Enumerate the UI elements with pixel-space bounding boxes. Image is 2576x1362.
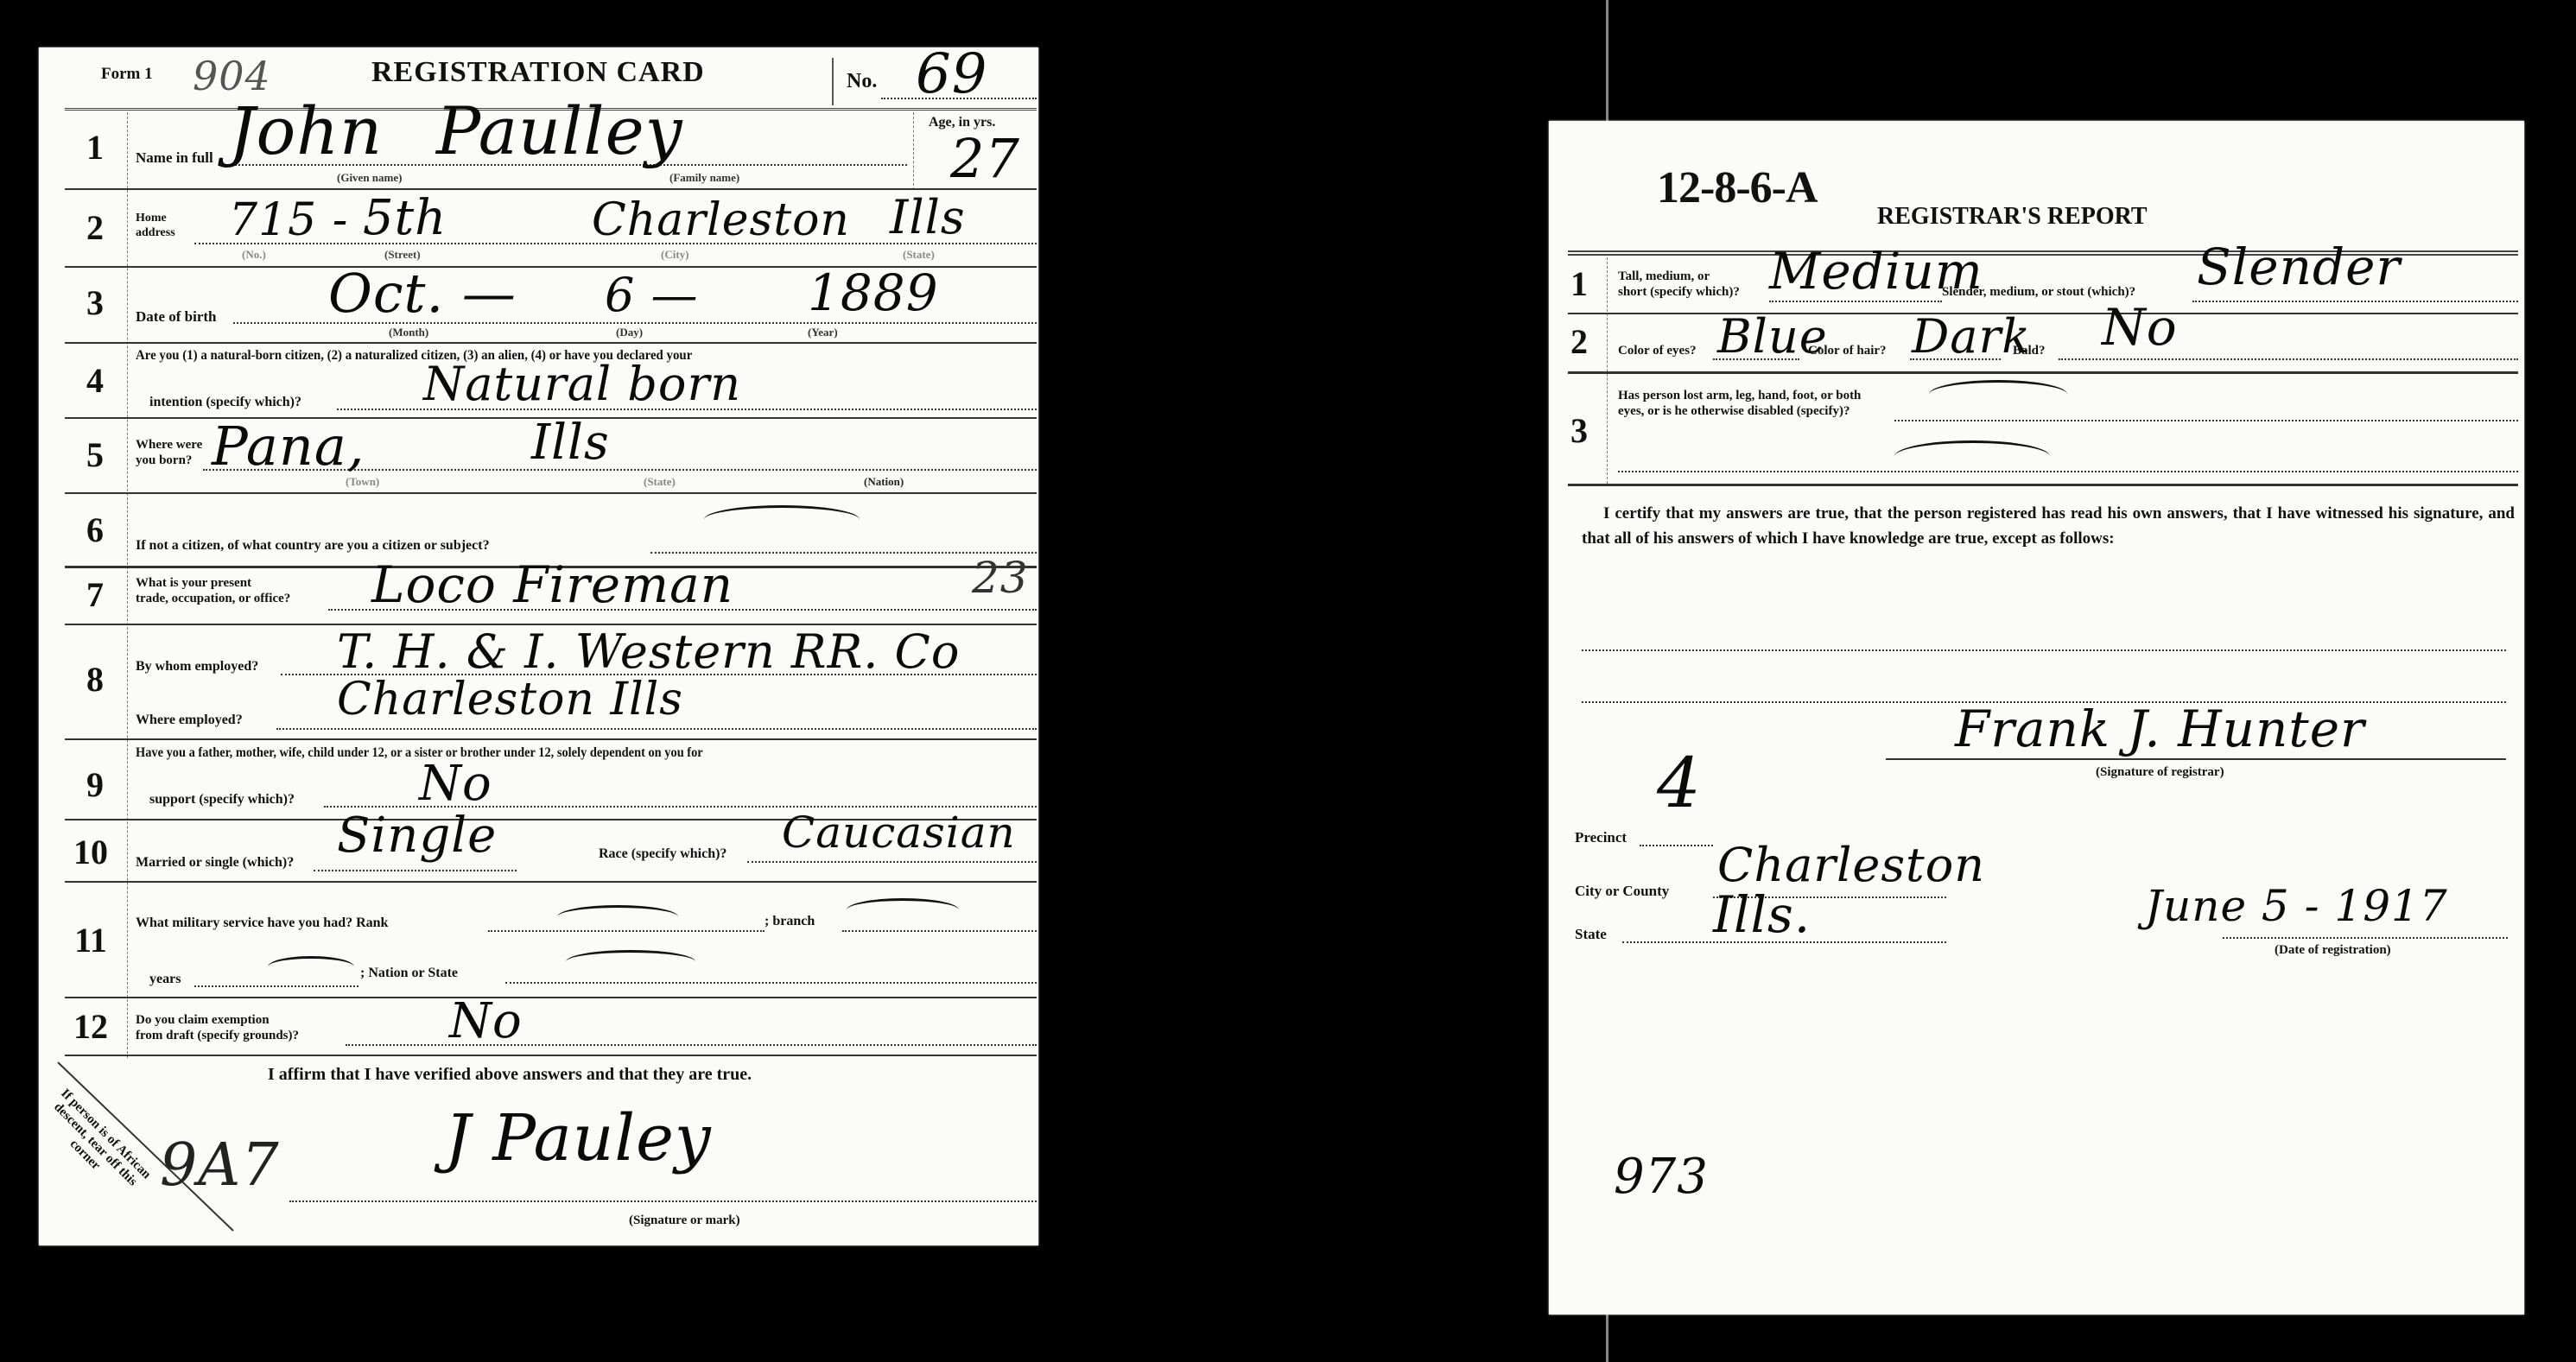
bald-label: Bald? [2013, 344, 2046, 358]
home-label-2: address [136, 226, 175, 240]
report-title: REGISTRAR'S REPORT [1877, 203, 2148, 231]
occupation-label-2: trade, occupation, or office? [136, 592, 290, 606]
age-value[interactable]: 27 [950, 127, 1020, 190]
no-label: No. [847, 70, 877, 93]
state-caption: (State) [644, 475, 676, 489]
row-number-6: 6 [69, 510, 121, 550]
military-branch-label: ; branch [765, 914, 815, 929]
foreign-citizen-label: If not a citizen, of what country are yo… [136, 538, 490, 554]
row-number-5: 5 [69, 434, 121, 475]
report-code: 12-8-6-A [1657, 162, 1818, 213]
height-label-1: Tall, medium, or [1618, 269, 1710, 284]
birthplace-label-2: you born? [136, 453, 192, 468]
row-number-8: 8 [69, 659, 121, 700]
city-value[interactable]: Charleston [592, 194, 850, 246]
military-years-label: years [149, 972, 181, 987]
blank-mark-rank [557, 905, 678, 928]
state-label: State [1575, 926, 1607, 943]
bald-value[interactable]: No [2102, 298, 2178, 357]
disability-label-1: Has person lost arm, leg, hand, foot, or… [1618, 389, 1861, 403]
no-divider [832, 58, 834, 105]
number-column-divider [127, 112, 128, 1058]
registrars-report-card: 12-8-6-A REGISTRAR'S REPORT 1 Tall, medi… [1549, 121, 2524, 1314]
birth-month-value[interactable]: Oct. — [328, 262, 517, 325]
street-caption: (Street) [384, 248, 421, 262]
house-number-value[interactable]: 715 - [229, 194, 348, 246]
bottom-number: 973 [1614, 1149, 1709, 1205]
card-number: 69 [916, 42, 987, 106]
no-caption: (No.) [242, 248, 266, 262]
year-caption: (Year) [808, 326, 838, 339]
nation-caption: (Nation) [864, 475, 904, 489]
registration-card: Form 1 904 REGISTRATION CARD No. 69 1 Na… [39, 48, 1038, 1245]
precinct-value[interactable]: 4 [1657, 743, 1702, 823]
street-value[interactable]: 5th [363, 190, 447, 246]
blank-mark-nation [566, 950, 695, 973]
birthplace-label-1: Where were [136, 438, 202, 453]
family-name-caption: (Family name) [669, 171, 739, 185]
employment-place-label: Where employed? [136, 713, 243, 728]
blank-mark-years [268, 956, 354, 978]
report-row-number-2: 2 [1553, 321, 1605, 362]
signature-caption: (Signature or mark) [629, 1213, 740, 1228]
registration-date-caption: (Date of registration) [2275, 943, 2391, 958]
card-title: REGISTRATION CARD [371, 56, 705, 89]
precinct-label: Precinct [1575, 829, 1627, 846]
given-name-caption: (Given name) [337, 171, 402, 185]
registrar-caption: (Signature of registrar) [2096, 765, 2224, 780]
blank-mark-branch [847, 898, 959, 922]
marital-value[interactable]: Single [337, 808, 497, 864]
row-number-10: 10 [65, 832, 117, 872]
row-number-2: 2 [69, 207, 121, 248]
row-number-11: 11 [65, 920, 117, 960]
employment-place-value[interactable]: Charleston Ills [337, 674, 683, 725]
report-row-number-1: 1 [1553, 263, 1605, 304]
dependents-label: support (specify which)? [149, 792, 295, 808]
military-nation-label: ; Nation or State [360, 966, 458, 981]
family-name-value[interactable]: Paulley [436, 92, 683, 169]
race-value[interactable]: Caucasian [782, 808, 1016, 858]
blank-mark-disability-2 [1894, 440, 2050, 472]
age-column-divider [913, 112, 914, 190]
month-caption: (Month) [389, 326, 428, 339]
form-label: Form 1 [101, 65, 153, 84]
exemption-value[interactable]: No [449, 993, 523, 1049]
name-label: Name in full [136, 149, 213, 167]
report-row-number-3: 3 [1553, 410, 1605, 451]
state-caption: (State) [903, 248, 935, 262]
state-value[interactable]: Ills [890, 190, 966, 244]
occupation-value[interactable]: Loco Fireman [371, 555, 733, 614]
city-county-label: City or County [1575, 883, 1669, 900]
row-number-7: 7 [69, 574, 121, 615]
registration-date-value[interactable]: June 5 - 1917 [2145, 881, 2448, 931]
registrant-signature[interactable]: J Pauley [445, 1101, 712, 1175]
row-number-12: 12 [65, 1006, 117, 1047]
row-number-4: 4 [69, 360, 121, 401]
corner-handwritten-number: 9A7 [160, 1131, 280, 1200]
occupation-label-1: What is your present [136, 576, 251, 591]
employer-value[interactable]: T. H. & I. Western RR. Co [337, 624, 960, 679]
film-seam-bottom [1606, 1314, 1608, 1362]
dob-label: Date of birth [136, 308, 216, 326]
registrar-signature[interactable]: Frank J. Hunter [1955, 700, 2365, 758]
employer-label: By whom employed? [136, 659, 258, 675]
town-caption: (Town) [346, 475, 379, 489]
race-label: Race (specify which)? [599, 846, 726, 862]
affirmation-text: I affirm that I have verified above answ… [268, 1065, 752, 1085]
birth-state-value[interactable]: Ills [531, 415, 610, 471]
row-number-1: 1 [69, 127, 121, 168]
dependents-value[interactable]: No [419, 756, 492, 812]
build-value[interactable]: Slender [2197, 238, 2401, 296]
birth-day-value[interactable]: 6 — [605, 268, 699, 322]
disability-label-2: eyes, or is he otherwise disabled (speci… [1618, 404, 1850, 419]
row-number-9: 9 [69, 764, 121, 805]
film-seam-top [1606, 0, 1608, 121]
blank-mark-6 [704, 505, 860, 534]
city-county-value[interactable]: Charleston [1717, 838, 1985, 892]
given-name-value[interactable]: John [229, 92, 383, 169]
birth-year-value[interactable]: 1889 [808, 263, 939, 322]
height-label-2: short (specify which)? [1618, 285, 1740, 300]
row-number-3: 3 [69, 282, 121, 323]
certification-text: I certify that my answers are true, that… [1582, 501, 2515, 551]
eye-color-label: Color of eyes? [1618, 344, 1697, 358]
birth-town-value[interactable]: Pana, [212, 415, 365, 478]
occupation-margin-note: 23 [972, 553, 1029, 603]
hair-color-label: Color of hair? [1808, 344, 1887, 358]
exemption-label-2: from draft (specify grounds)? [136, 1029, 299, 1043]
exemption-label-1: Do you claim exemption [136, 1013, 270, 1028]
military-rank-label: What military service have you had? Rank [136, 915, 388, 931]
city-caption: (City) [661, 248, 689, 262]
citizenship-value[interactable]: Natural born [423, 357, 741, 411]
blank-mark-disability-1 [1929, 380, 2067, 409]
day-caption: (Day) [616, 326, 643, 339]
marital-label: Married or single (which)? [136, 855, 294, 871]
home-label-1: Home [136, 212, 167, 225]
citizenship-label: intention (specify which)? [149, 395, 301, 410]
report-number-divider [1607, 257, 1608, 484]
state-value[interactable]: Ills. [1713, 885, 1811, 944]
